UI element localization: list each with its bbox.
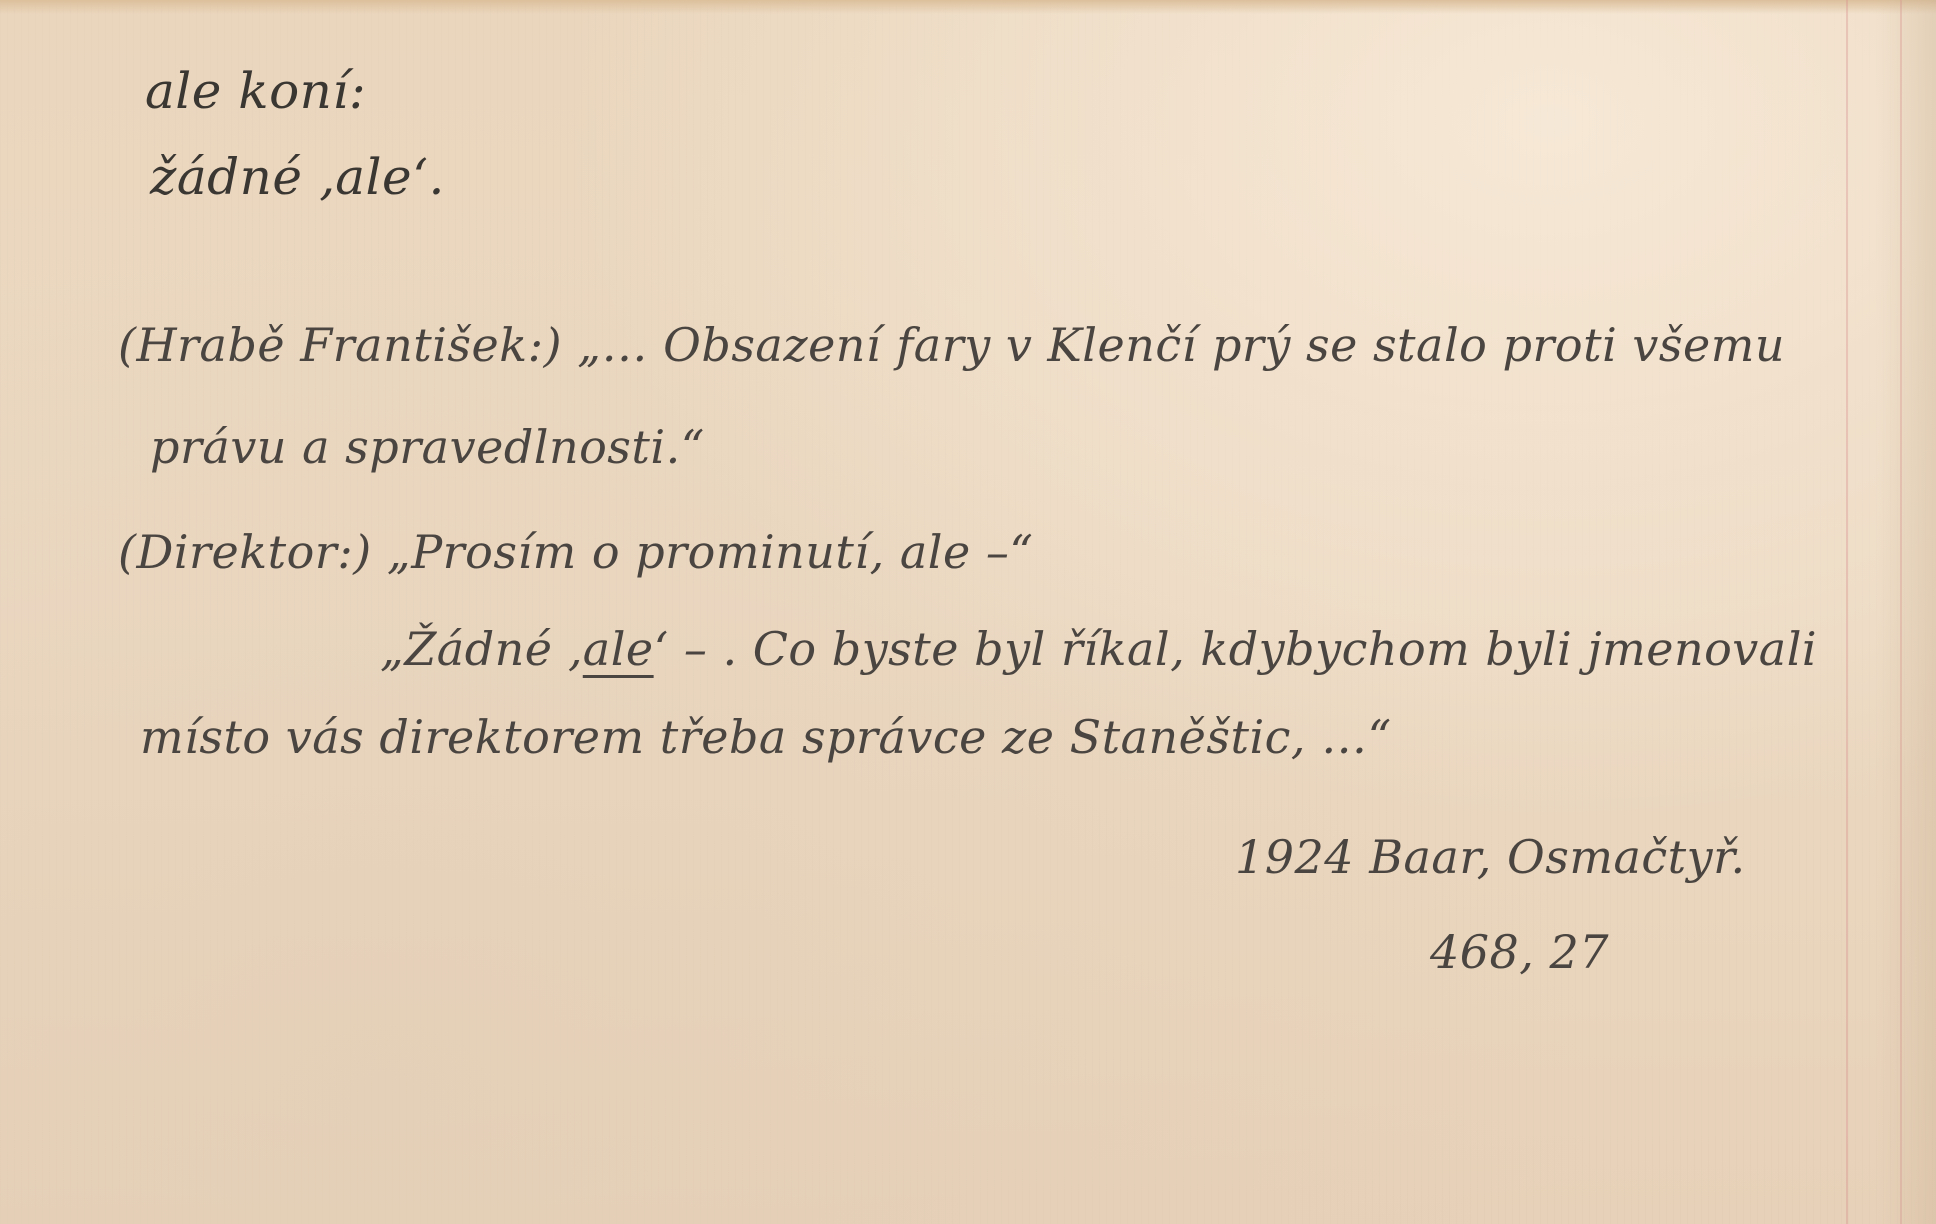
quote-line-2: právu a spravedlnosti.“ bbox=[150, 420, 705, 474]
page-reference: 468, 27 bbox=[1430, 925, 1609, 979]
reply-open: „Žádné ‚ bbox=[380, 622, 583, 676]
quote-text: „… Obsazení fary v Klenčí prý se stalo p… bbox=[577, 318, 1785, 372]
quote-line-1: (Hrabě František:) „… Obsazení fary v Kl… bbox=[118, 318, 1785, 372]
source-citation: 1924 Baar, Osmačtyř. bbox=[1235, 830, 1746, 884]
quote-line-4: „Žádné ‚ale‘ – . Co byste byl říkal, kdy… bbox=[380, 622, 1817, 676]
headword-line-2: žádné ‚ale‘. bbox=[150, 148, 445, 206]
quote-text: „Prosím o prominutí, ale –“ bbox=[387, 525, 1034, 579]
index-card: ale koní: žádné ‚ale‘. (Hrabě František:… bbox=[0, 0, 1936, 1224]
reply-text: ‘ – . Co byste byl říkal, kdybychom byli… bbox=[654, 622, 1818, 676]
quote-line-3: (Direktor:) „Prosím o prominutí, ale –“ bbox=[118, 525, 1033, 579]
headword-line-1: ale koní: bbox=[145, 62, 366, 120]
speaker-label: (Direktor:) bbox=[118, 525, 372, 579]
speaker-label: (Hrabě František:) bbox=[118, 318, 562, 372]
underlined-word: ale bbox=[583, 622, 654, 676]
paper-top-edge bbox=[0, 0, 1936, 14]
paper-edge-shadow bbox=[1876, 0, 1936, 1224]
margin-rule-line bbox=[1846, 0, 1848, 1224]
quote-line-5: místo vás direktorem třeba správce ze St… bbox=[140, 710, 1392, 764]
